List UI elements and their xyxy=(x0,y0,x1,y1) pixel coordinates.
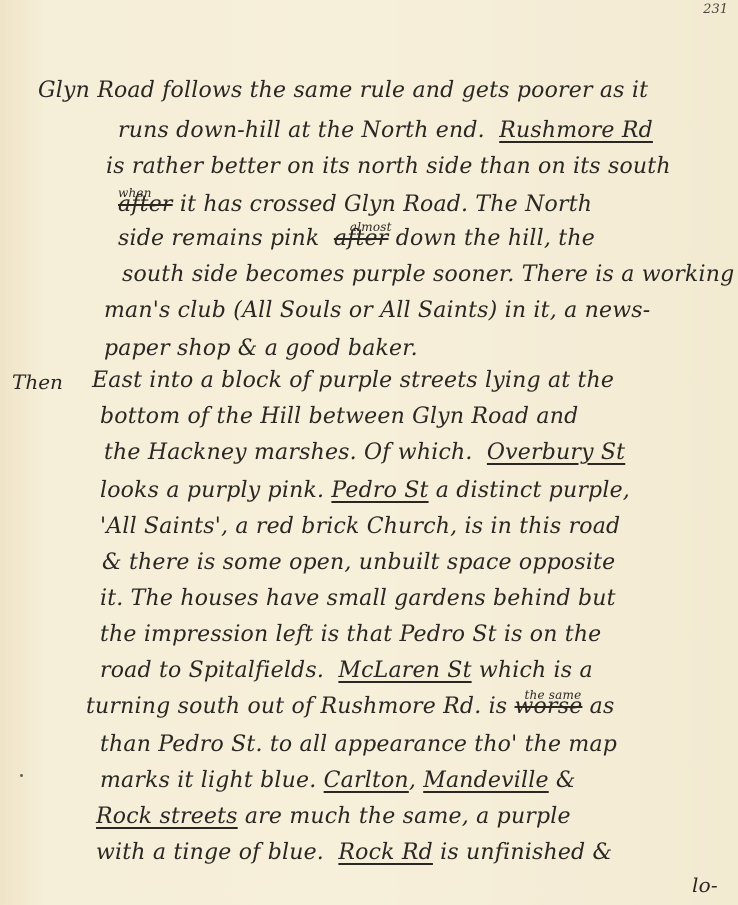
manuscript-line-2: runs down-hill at the North end. Rushmor… xyxy=(118,118,653,144)
line-text: bottom of the Hill between Glyn Road and xyxy=(100,404,578,429)
correction-word: after when xyxy=(118,192,180,217)
street-name-rock-rd: Rock Rd xyxy=(338,840,433,865)
manuscript-line-10: bottom of the Hill between Glyn Road and xyxy=(100,404,578,430)
manuscript-line-22: with a tinge of blue. Rock Rd is unfinis… xyxy=(96,840,612,866)
manuscript-line-1: Glyn Road follows the same rule and gets… xyxy=(38,78,648,104)
line-text: it. The houses have small gardens behind… xyxy=(100,586,616,611)
manuscript-line-9: East into a block of purple streets lyin… xyxy=(92,368,614,394)
manuscript-line-11: the Hackney marshes. Of which. Overbury … xyxy=(104,440,625,466)
line-text: paper shop & a good baker. xyxy=(104,336,418,361)
line-text: & there is some open, unbuilt space oppo… xyxy=(102,550,615,575)
line-text: which is a xyxy=(479,658,593,683)
manuscript-line-14: & there is some open, unbuilt space oppo… xyxy=(102,550,615,576)
manuscript-line-15: it. The houses have small gardens behind… xyxy=(100,586,616,612)
manuscript-page: 231 Glyn Road follows the same rule and … xyxy=(0,0,738,905)
street-name-rock-streets: Rock streets xyxy=(96,804,238,829)
line-text: East into a block of purple streets lyin… xyxy=(92,368,614,393)
manuscript-line-8: paper shop & a good baker. xyxy=(104,336,418,362)
manuscript-line-18: turning south out of Rushmore Rd. is wor… xyxy=(86,694,614,720)
line-text: side remains pink xyxy=(118,226,319,251)
insertion-above: almost xyxy=(350,214,392,240)
catchword: lo- xyxy=(692,872,718,898)
manuscript-line-12: looks a purply pink. Pedro St a distinct… xyxy=(100,478,630,504)
line-text: turning south out of Rushmore Rd. is xyxy=(86,694,507,719)
manuscript-line-5: side remains pink after almost down the … xyxy=(118,226,595,252)
ink-dot xyxy=(20,774,23,777)
line-text: south side becomes purple sooner. There … xyxy=(122,262,734,287)
manuscript-line-19: than Pedro St. to all appearance tho' th… xyxy=(100,732,617,758)
correction-word: after almost xyxy=(334,226,396,251)
manuscript-line-3: is rather better on its north side than … xyxy=(106,154,671,180)
manuscript-line-21: Rock streets are much the same, a purple xyxy=(96,804,571,830)
margin-note-then: Then xyxy=(12,370,63,394)
insertion-above: the same xyxy=(525,682,582,708)
line-text: the Hackney marshes. Of which. xyxy=(104,440,473,465)
line-text: is unfinished & xyxy=(440,840,612,865)
street-name-rushmore: Rushmore Rd xyxy=(499,118,653,143)
line-text: man's club (All Souls or All Saints) in … xyxy=(104,298,650,323)
line-text: 'All Saints', a red brick Church, is in … xyxy=(100,514,620,539)
line-text: runs down-hill at the North end. xyxy=(118,118,485,143)
line-text: with a tinge of blue. xyxy=(96,840,324,865)
street-name-overbury: Overbury St xyxy=(487,440,625,465)
line-text: Glyn Road follows the same rule and gets… xyxy=(38,78,648,103)
manuscript-line-16: the impression left is that Pedro St is … xyxy=(100,622,601,648)
street-name-pedro: Pedro St xyxy=(331,478,428,503)
street-name-mandeville: Mandeville xyxy=(423,768,548,793)
page-number: 231 xyxy=(703,2,728,17)
manuscript-line-7: man's club (All Souls or All Saints) in … xyxy=(104,298,650,324)
line-text: as xyxy=(590,694,615,719)
line-text: marks it light blue. xyxy=(100,768,316,793)
line-text: is rather better on its north side than … xyxy=(106,154,671,179)
manuscript-line-13: 'All Saints', a red brick Church, is in … xyxy=(100,514,620,540)
correction-word: worse the same xyxy=(515,694,590,719)
insertion-above: when xyxy=(118,180,152,206)
line-text: road to Spitalfields. xyxy=(100,658,324,683)
line-text: a distinct purple, xyxy=(436,478,630,503)
manuscript-line-6: south side becomes purple sooner. There … xyxy=(122,262,734,288)
manuscript-line-17: road to Spitalfields. McLaren St which i… xyxy=(100,658,593,684)
line-text: looks a purply pink. xyxy=(100,478,324,503)
manuscript-line-20: marks it light blue. Carlton, Mandeville… xyxy=(100,768,576,794)
line-text: the impression left is that Pedro St is … xyxy=(100,622,601,647)
street-name-carlton: Carlton xyxy=(324,768,409,793)
line-text: down the hill, the xyxy=(396,226,595,251)
line-text: are much the same, a purple xyxy=(245,804,571,829)
line-text: than Pedro St. to all appearance tho' th… xyxy=(100,732,617,757)
street-name-mclaren: McLaren St xyxy=(338,658,471,683)
